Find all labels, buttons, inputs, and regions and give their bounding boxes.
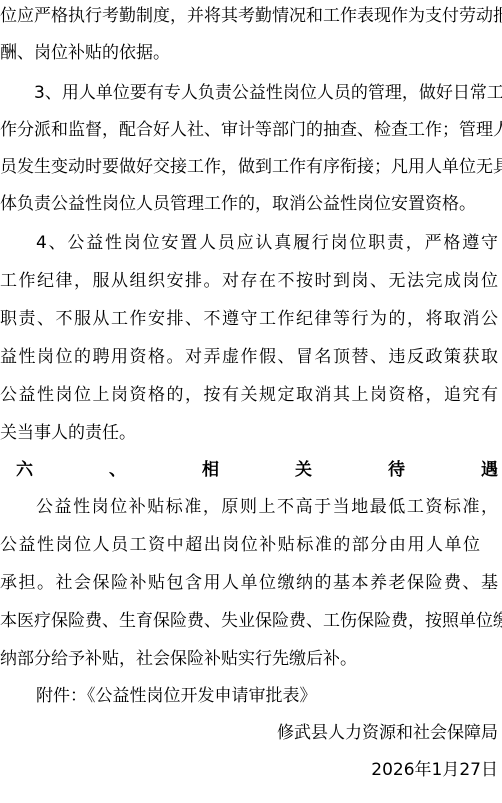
paragraph-line: 位应严格执行考勤制度，并将其考勤情况和工作表现作为支付劳动报 — [0, 5, 498, 27]
paragraph-line: 作分派和监督，配合好人社、审计等部门的抽查、检查工作；管理人 — [0, 119, 498, 141]
paragraph-line: 益性岗位的聘用资格。对弄虚作假、冒名顶替、违反政策获取 — [0, 346, 498, 368]
paragraph-line: 4、公益性岗位安置人员应认真履行岗位职责，严格遵守 — [36, 232, 498, 254]
paragraph-line: 承担。社会保险补贴包含用人单位缴纳的基本养老保险费、基 — [0, 572, 498, 594]
paragraph-line: 公益性岗位人员工资中超出岗位补贴标准的部分由用人单位 — [0, 534, 480, 556]
signature-date-text: 2026年1月27日 — [371, 760, 498, 780]
paragraph-line: 工作纪律，服从组织安排。对存在不按时到岗、无法完成岗位 — [0, 270, 498, 292]
paragraph-line: 职责、不服从工作安排、不遵守工作纪律等行为的，将取消公 — [0, 308, 498, 330]
attachment-line: 附件：《公益性岗位开发申请审批表》 — [36, 685, 498, 707]
attachment-text: 附件：《公益性岗位开发申请审批表》 — [36, 686, 317, 706]
paragraph-line: 3、用人单位要有专人负责公益性岗位人员的管理，做好日常工 — [34, 82, 498, 104]
paragraph-line: 体负责公益性岗位人员管理工作的，取消公益性岗位安置资格。 — [0, 193, 498, 215]
paragraph-line: 公益性岗位补贴标准，原则上不高于当地最低工资标准， — [36, 496, 498, 518]
signature-date: 2026年1月27日 — [0, 759, 498, 781]
paragraph-line: 酬、岗位补贴的依据。 — [0, 42, 498, 64]
paragraph-line: 关当事人的责任。 — [0, 422, 498, 444]
paragraph-line: 纳部分给予补贴，社会保险补贴实行先缴后补。 — [0, 648, 498, 670]
signature-org: 修武县人力资源和社会保障局 — [0, 722, 498, 744]
paragraph-line: 公益性岗位上岗资格的，按有关规定取消其上岗资格，追究有 — [0, 384, 498, 406]
section-heading: 六、相关待遇 — [16, 459, 498, 481]
signature-org-text: 修武县人力资源和社会保障局 — [277, 723, 498, 743]
paragraph-line: 员发生变动时要做好交接工作，做到工作有序衔接；凡用人单位无具 — [0, 156, 498, 178]
paragraph-line: 本医疗保险费、生育保险费、失业保险费、工伤保险费，按照单位缴 — [0, 610, 498, 632]
section-heading-text: 六、相关待遇 — [16, 460, 498, 480]
